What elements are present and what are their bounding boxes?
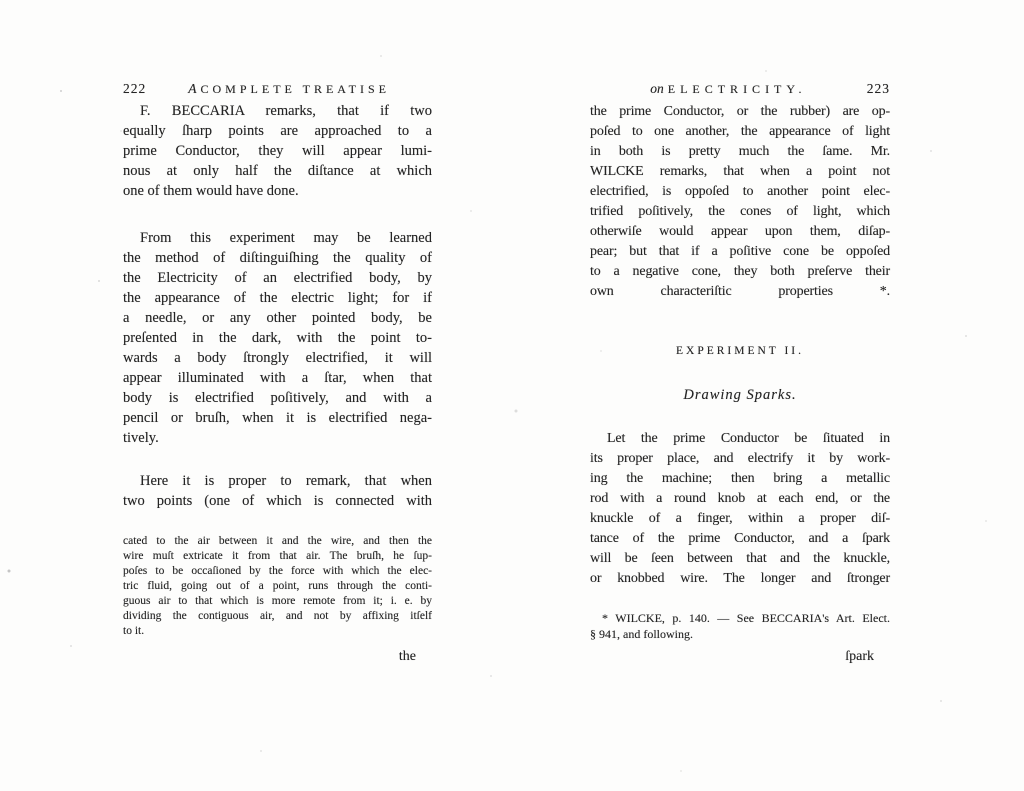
page-number: 222	[123, 81, 146, 97]
running-title-article: on	[650, 81, 664, 96]
text-line: guous air to that which is more remote f…	[123, 594, 432, 609]
text-line: ing the machine; then bring a metallic	[590, 469, 890, 489]
footnote: cated to the air between it and the wire…	[123, 534, 432, 639]
text-line: pencil or bruſh, when it is electrified …	[123, 408, 432, 428]
catchword: the	[123, 649, 432, 665]
text-line: poſes to be occaſioned by the force with…	[123, 564, 432, 579]
text-line: wards a body ſtrongly electrified, it wi…	[123, 348, 432, 368]
text-line: nous at only half the diſtance at which	[123, 161, 432, 181]
text-line: From this experiment may be learned	[123, 228, 432, 248]
paragraph: Here it is proper to remark, that whentw…	[123, 471, 432, 511]
text-line: Let the prime Conductor be ſituated in	[590, 429, 890, 449]
text-line: tric fluid, going out of a point, runs t…	[123, 579, 432, 594]
page-right: onELECTRICITY. 223 the prime Conductor, …	[590, 80, 890, 665]
text-line: equally ſharp points are approached to a	[123, 121, 432, 141]
text-line: electrified, is oppoſed to another point…	[590, 182, 890, 202]
text-line: knuckle of a finger, within a proper diſ…	[590, 509, 890, 529]
text-line: to a negative cone, they both preſerve t…	[590, 262, 890, 282]
text-line: one of them would have done.	[123, 181, 432, 201]
text-line: wire muſt extricate it from that air. Th…	[123, 549, 432, 564]
text-line: WILCKE remarks, that when a point not	[590, 162, 890, 182]
text-line: poſed to one another, the appearance of …	[590, 122, 890, 142]
text-line: prime Conductor, they will appear lumi-	[123, 141, 432, 161]
footnote: * WILCKE, p. 140. — See BECCARIA's Art. …	[590, 610, 890, 642]
running-title-group: ACOMPLETE TREATISE	[146, 80, 432, 98]
text-line: dividing the contiguous air, and not by …	[123, 609, 432, 624]
text-line: in both is pretty much the ſame. Mr.	[590, 142, 890, 162]
paragraph: F. BECCARIA remarks, that if twoequally …	[123, 101, 432, 201]
text-line: the prime Conductor, or the rubber) are …	[590, 102, 890, 122]
running-title-group: onELECTRICITY.	[590, 80, 867, 98]
text-line: tively.	[123, 428, 432, 448]
paragraph: From this experiment may be learnedthe m…	[123, 228, 432, 448]
text-line: otherwiſe would appear upon them, diſap-	[590, 222, 890, 242]
page-header-right: onELECTRICITY. 223	[590, 80, 890, 96]
book-scan-spread: 222 ACOMPLETE TREATISE F. BECCARIA remar…	[0, 0, 1024, 791]
text-line: rod with a round knob at each end, or th…	[590, 489, 890, 509]
running-title: ELECTRICITY.	[668, 82, 807, 96]
text-line: to it.	[123, 624, 432, 639]
text-line: preſented in the dark, with the point to…	[123, 328, 432, 348]
drawing-sparks-heading: Drawing Sparks.	[590, 387, 890, 405]
text-line: tance of the prime Conductor, and a ſpar…	[590, 529, 890, 549]
text-line: its proper place, and electrify it by wo…	[590, 449, 890, 469]
page-left: 222 ACOMPLETE TREATISE F. BECCARIA remar…	[123, 80, 432, 665]
text-line: own characteriſtic properties *.	[590, 282, 890, 302]
text-line: trified poſitively, the cones of light, …	[590, 202, 890, 222]
text-line: the Electricity of an electrified body, …	[123, 268, 432, 288]
experiment-heading: EXPERIMENT II.	[590, 345, 890, 361]
catchword: ſpark	[590, 649, 890, 665]
text-line: pear; but that if a poſitive cone be opp…	[590, 242, 890, 262]
text-line: will be ſeen between that and the knuckl…	[590, 549, 890, 569]
text-line: the appearance of the electric light; fo…	[123, 288, 432, 308]
text-line: Here it is proper to remark, that when	[123, 471, 432, 491]
page-number: 223	[867, 81, 890, 97]
text-line: or knobbed wire. The longer and ſtronger	[590, 569, 890, 589]
running-title: COMPLETE TREATISE	[201, 82, 390, 96]
text-line: the method of diſtinguiſhing the quality…	[123, 248, 432, 268]
text-line: cated to the air between it and the wire…	[123, 534, 432, 549]
running-title-article: A	[188, 81, 196, 96]
paragraph: the prime Conductor, or the rubber) are …	[590, 102, 890, 302]
paragraph: Let the prime Conductor be ſituated init…	[590, 429, 890, 589]
text-line: two points (one of which is connected wi…	[123, 491, 432, 511]
page-header-left: 222 ACOMPLETE TREATISE	[123, 80, 432, 96]
text-line: body is electrified poſitively, and with…	[123, 388, 432, 408]
text-line: appear illuminated with a ſtar, when tha…	[123, 368, 432, 388]
text-line: a needle, or any other pointed body, be	[123, 308, 432, 328]
text-line: § 941, and following.	[590, 626, 890, 642]
scan-noise	[60, 90, 62, 92]
text-line: * WILCKE, p. 140. — See BECCARIA's Art. …	[590, 610, 890, 626]
text-line: F. BECCARIA remarks, that if two	[123, 101, 432, 121]
